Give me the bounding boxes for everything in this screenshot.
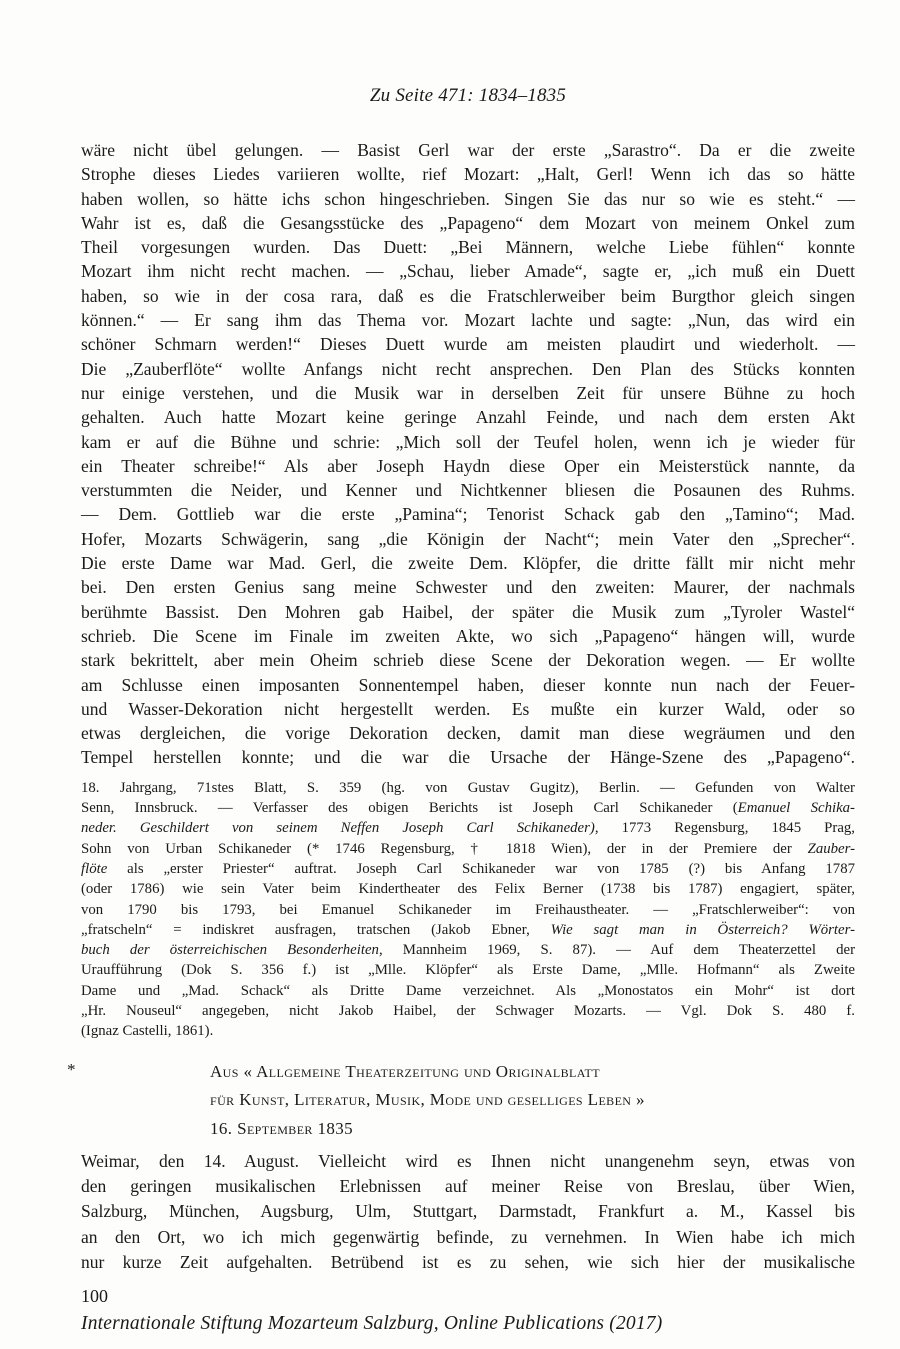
section-heading: Aus « Allgemeine Theaterzeitung und Orig…: [210, 1058, 855, 1144]
text-line: Die erste Dame war Mad. Gerl, die zweite…: [81, 551, 855, 575]
document-page: Zu Seite 471: 1834–1835 wäre nicht übel …: [0, 0, 900, 1349]
text-line: — Dem. Gottlieb war die erste „Pamina“; …: [81, 502, 855, 526]
text-line: Tempel herstellen konnte; und die war di…: [81, 745, 855, 769]
text-line: Weimar, den 14. August. Vielleicht wird …: [81, 1149, 855, 1174]
text-line: wäre nicht übel gelungen. — Basist Gerl …: [81, 138, 855, 162]
text-line: haben wollen, so hätte ichs schon hinges…: [81, 187, 855, 211]
text-line: (oder 1786) wie sein Vater beim Kinderth…: [81, 879, 855, 899]
text-line: verstummten die Neider, und Kenner und N…: [81, 478, 855, 502]
text-line: Strophe dieses Liedes variieren wollte, …: [81, 162, 855, 186]
text-line: für Kunst, Literatur, Musik, Mode und ge…: [210, 1086, 855, 1115]
section-heading-block: * Aus « Allgemeine Theaterzeitung und Or…: [81, 1058, 855, 1144]
text-line: stark bekrittelt, aber mein Oheim schrie…: [81, 648, 855, 672]
publication-footer: Internationale Stiftung Mozarteum Salzbu…: [81, 1311, 855, 1337]
text-line: nur einige verstehen, und die Musik war …: [81, 381, 855, 405]
text-line: an den Ort, wo ich mich gegenwärtig befi…: [81, 1225, 855, 1250]
text-line: nur kurze Zeit aufgehalten. Betrübend is…: [81, 1250, 855, 1275]
text-line: neder. Geschildert von seinem Neffen Jos…: [81, 818, 855, 838]
text-line: Uraufführung (Dok S. 356 f.) ist „Mlle. …: [81, 960, 855, 980]
section-asterisk-marker: *: [67, 1060, 76, 1080]
text-line: Dame und „Mad. Schack“ als Dritte Dame v…: [81, 981, 855, 1001]
text-line: Aus « Allgemeine Theaterzeitung und Orig…: [210, 1058, 855, 1087]
text-line: können.“ — Er sang ihm das Thema vor. Mo…: [81, 308, 855, 332]
text-line: 16. September 1835: [210, 1115, 855, 1144]
text-line: Salzburg, München, Augsburg, Ulm, Stuttg…: [81, 1199, 855, 1224]
text-line: und Wasser-Dekoration nicht hergestellt …: [81, 697, 855, 721]
text-line: „Hr. Nouseul“ angegeben, nicht Jakob Hai…: [81, 1001, 855, 1021]
text-line: von 1790 bis 1793, bei Emanuel Schikaned…: [81, 900, 855, 920]
text-line: schrieb. Die Scene im Finale im zweiten …: [81, 624, 855, 648]
text-line: ein Theater schreibe!“ Als aber Joseph H…: [81, 454, 855, 478]
text-line: Sohn von Urban Schikaneder (* 1746 Regen…: [81, 839, 855, 859]
text-line: bei. Den ersten Genius sang meine Schwes…: [81, 575, 855, 599]
text-column: Zu Seite 471: 1834–1835 wäre nicht übel …: [81, 84, 855, 1337]
text-line: Theil vorgesungen wurden. Das Duett: „Be…: [81, 235, 855, 259]
text-line: Die „Zauberflöte“ wollte Anfangs nicht r…: [81, 357, 855, 381]
letter-text-block: Weimar, den 14. August. Vielleicht wird …: [81, 1149, 855, 1275]
text-line: schöner Schmarn werden!“ Dieses Duett wu…: [81, 332, 855, 356]
text-line: kam er auf die Bühne und schrie: „Mich s…: [81, 430, 855, 454]
text-line: gehalten. Auch hatte Mozart keine gering…: [81, 405, 855, 429]
text-line: am Schlusse einen imposanten Sonnentempe…: [81, 673, 855, 697]
text-line: Senn, Innsbruck. — Verfasser des obigen …: [81, 798, 855, 818]
text-line: Mozart ihm nicht recht machen. — „Schau,…: [81, 259, 855, 283]
text-line: Hofer, Mozarts Schwägerin, sang „die Kön…: [81, 527, 855, 551]
text-line: etwas dergleichen, die vorige Dekoration…: [81, 721, 855, 745]
text-line: „fratscheln“ = indiskret ausfragen, trat…: [81, 920, 855, 940]
text-line: Wahr ist es, daß die Gesangsstücke des „…: [81, 211, 855, 235]
text-line: flöte als „erster Priester“ auftrat. Jos…: [81, 859, 855, 879]
text-line: buch der österreichischen Besonderheiten…: [81, 940, 855, 960]
text-line: (Ignaz Castelli, 1861).: [81, 1021, 855, 1041]
text-line: haben, so wie in der cosa rara, daß es d…: [81, 284, 855, 308]
text-line: den geringen musikalischen Erlebnissen a…: [81, 1174, 855, 1199]
footnote-block: 18. Jahrgang, 71stes Blatt, S. 359 (hg. …: [81, 778, 855, 1042]
main-text-block: wäre nicht übel gelungen. — Basist Gerl …: [81, 138, 855, 770]
text-line: berühmte Bassist. Den Mohren gab Haibel,…: [81, 600, 855, 624]
text-line: 18. Jahrgang, 71stes Blatt, S. 359 (hg. …: [81, 778, 855, 798]
running-head: Zu Seite 471: 1834–1835: [81, 84, 855, 108]
page-number: 100: [81, 1285, 855, 1307]
